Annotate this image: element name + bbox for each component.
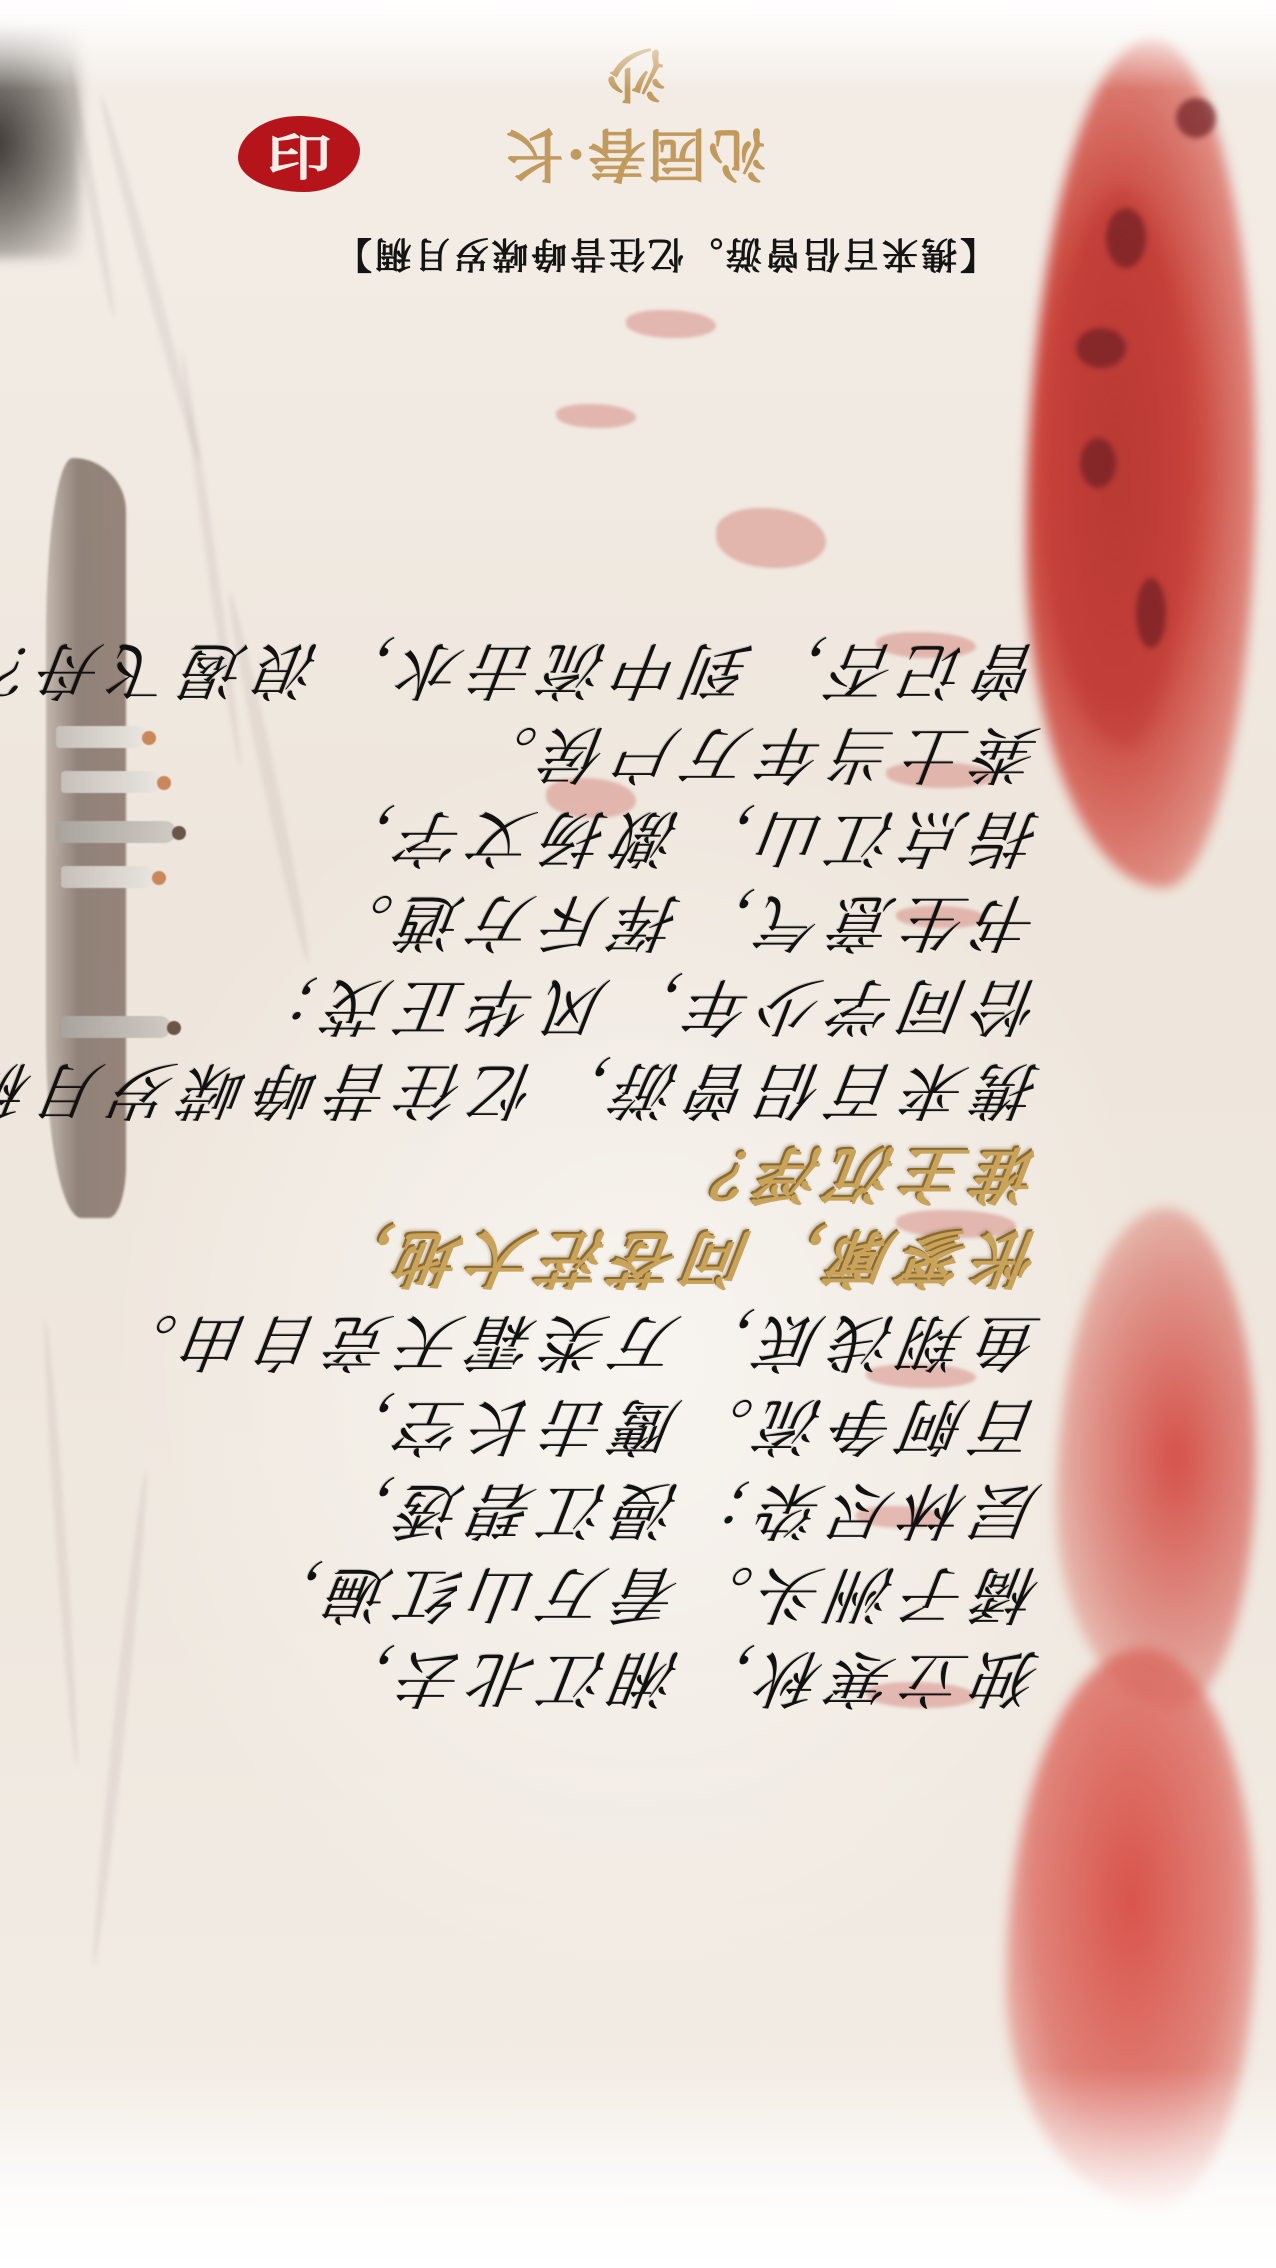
edge-fade: [0, 2068, 1276, 2268]
figure-head: [172, 826, 186, 840]
figure-person: [56, 726, 146, 748]
paper-texture: [88, 1469, 152, 1968]
figure-person: [61, 866, 156, 888]
poem-poster: 独立寒秋，湘江北去， 橘子洲头。看万山红遍， 层林尽染；漫江碧透， 百舸争流。鹰…: [0, 0, 1276, 2268]
figure-person: [56, 821, 176, 843]
poster-viewport: 独立寒秋，湘江北去， 橘子洲头。看万山红遍， 层林尽染；漫江碧透， 百舸争流。鹰…: [0, 0, 1276, 2268]
poem-line: 书生意气，挥斥方遒。: [204, 880, 1046, 964]
poem-line: 鱼翔浅底，万类霜天竞自由。: [204, 1300, 1046, 1384]
figure-head: [167, 1021, 181, 1035]
dark-ink-spot: [1136, 578, 1166, 648]
poem-line: 橘子洲头。看万山红遍，: [204, 1552, 1046, 1636]
poem-line: 指点江山，激扬文字，: [204, 796, 1046, 880]
figure-head: [142, 731, 156, 745]
poem-line: 曾记否，到中流击水，浪遏飞舟？: [204, 628, 1046, 712]
dark-ink-spot: [1076, 328, 1126, 368]
figure-head: [152, 871, 166, 885]
dark-ink-spot: [1176, 98, 1216, 138]
poem-line: 层林尽染；漫江碧透，: [204, 1468, 1046, 1552]
red-ink-wash: [1056, 1208, 1256, 1708]
seal-icon: 印: [267, 118, 332, 190]
poem-line: 粪土当年万户侯。: [204, 712, 1046, 796]
poem-line: 百舸争流。鹰击长空，: [204, 1384, 1046, 1468]
poem-line-gold: 谁主沉浮？: [204, 1132, 1046, 1216]
edge-fade: [0, 0, 1276, 90]
poem-calligraphy: 独立寒秋，湘江北去， 橘子洲头。看万山红遍， 层林尽染；漫江碧透， 百舸争流。鹰…: [210, 520, 1040, 1720]
dark-ink-spot: [1106, 208, 1146, 268]
dark-ink-spot: [1080, 438, 1116, 488]
red-petal: [556, 404, 636, 428]
paper-texture: [95, 93, 205, 463]
poem-subtitle: 【携来百侣曾游。忆往昔峥嵘岁月稠】: [256, 231, 996, 282]
poem-line: 携来百侣曾游，忆往昔峥嵘岁月稠。: [204, 1048, 1046, 1132]
poem-line: 恰同学少年，风华正茂；: [204, 964, 1046, 1048]
red-seal-stamp: 印: [238, 116, 360, 192]
paper-texture: [40, 1318, 81, 1768]
poem-line-gold: 怅寥廓，问苍茫大地，: [204, 1216, 1046, 1300]
red-petal: [626, 310, 716, 338]
figure-head: [157, 776, 171, 790]
figure-person: [61, 771, 161, 793]
poem-line: 独立寒秋，湘江北去，: [204, 1636, 1046, 1720]
figure-person: [61, 1016, 171, 1038]
